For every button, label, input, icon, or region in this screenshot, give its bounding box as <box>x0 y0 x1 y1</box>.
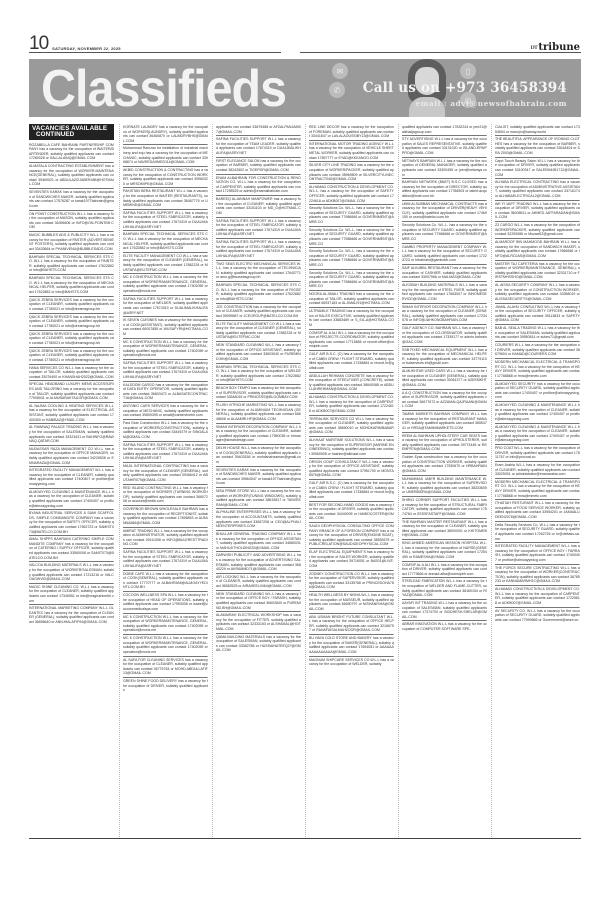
classified-ad: MAJIL INTERNATIONAL CONTRACTING has a va… <box>123 463 208 484</box>
classified-ad: RED ISLAND CONTRACTING W.L.L has a vacan… <box>123 485 208 506</box>
classified-ad: ON POINT CONSTRUCTION W.L.L has a vacanc… <box>29 211 114 232</box>
classified-ad: ALMATALA CONTRACTING ESTABLISHMENT has a… <box>29 163 114 189</box>
classified-ad: MAGIC BUBBLES ADS & PUBLICITY W.L.L has … <box>29 232 114 253</box>
classified-ad: VALCOA BUILDING MATERIALS W.L.L has a va… <box>29 562 114 583</box>
column-divider <box>398 124 399 837</box>
classified-ad: SAFINA FACILITIES SUPPORT W.L.L has a va… <box>216 136 301 157</box>
classified-ad: SAFINA FACILITIES SUPPORT W.L.L has a va… <box>123 360 208 381</box>
classified-ad: Security Solutions Co. W.L.L. has a vaca… <box>309 227 394 248</box>
classified-ad: ABDULLAH REHMAN CONCRETE has a vacancy f… <box>309 373 394 394</box>
call-number: Call us on +973 36458394 <box>363 80 567 96</box>
classified-ad: GOVERNOR BROWN WHOLESALE BAHRAIN has a v… <box>123 506 208 527</box>
classified-ad: MC 6 CONSTRUCTION W.L.L has a vacancy fo… <box>123 614 208 635</box>
classified-ad: UMM ALSUBBAN MECHANICAL CONTRACTS has a … <box>402 201 487 222</box>
classified-ad: SAFINA FACILITIES SUPPORT W.L.L has a va… <box>216 239 301 260</box>
brand-mark: DT <box>530 45 537 51</box>
classified-ad: JCE CONSTRUCTION has a vacancy for the o… <box>216 304 301 321</box>
banner-title: Classifieds <box>41 63 286 115</box>
classified-ad: ABU USMAN BRIGHT FUTURE CONSULTANT W.L.L… <box>309 614 394 635</box>
classified-ad: QUICK ZEBRA SERVICES has a vacancy for t… <box>29 348 114 365</box>
classified-ad: KING AHMED AMERICAN MISSION HOSPITAL W.L… <box>402 540 487 561</box>
classified-ad: MUDASSAR RAZA MANAGEMENT CO W.L.L has a … <box>29 446 114 467</box>
classified-ad: ALHABA ELECTRICAL CONTRACTING has a vaca… <box>495 179 580 200</box>
classified-ad: DOBIE CAFE W.L.L has a vacancy for the o… <box>123 571 208 592</box>
classified-ad: Fast Gear Construction W.L.L has a vacan… <box>123 420 208 441</box>
classified-ad: ALMUKHTAR USED CARS W.L.L has a vacancy … <box>402 368 487 389</box>
classified-ad: applicants can contact 33879488 or AFZAL… <box>216 124 301 136</box>
classified-ad: FIRST ELEGANCE SALON has a vacancy for t… <box>216 158 301 175</box>
classified-ad: ALKHAAT MARITIME SOLUTIONS W.L.L has a v… <box>309 437 394 458</box>
classified-ad: QUICK ZEBRA SERVICES has a vacancy for t… <box>29 331 114 348</box>
classified-ad: TAMIMI MARKETS BAHRAIN COMPANY W.L.L has… <box>402 411 487 432</box>
classified-ad: GULF AIR B.S.C. (C) has a vacancy for th… <box>309 351 394 372</box>
classified-ad: KALSOOM CARGO has a vacancy for the occu… <box>123 382 208 403</box>
classified-ad: SAFINA FACILITIES SUPPORT W.L.L has a va… <box>123 210 208 231</box>
classified-ad: ALPHALINE ENTERPRISES W.L.L has a vacanc… <box>216 509 301 530</box>
classified-ad: PAKISTAN BERA RESTAURANT W.L.L has a vac… <box>123 188 208 209</box>
classified-ad: JAMAL ALAHU CONSULTING W.L.L has a vacan… <box>495 304 580 325</box>
phone-icon: ✆ <box>329 82 345 98</box>
classified-ad: ANTONIO CARS SERVICES has a vacancy for … <box>123 403 208 420</box>
classified-ad: ALHAMAD CONSTRUCTION & DEVELOPMENT CO. W… <box>495 586 580 607</box>
classified-ad: COURIERS W.L.L has a vacancy for the occ… <box>495 342 580 359</box>
column-2: KORNATE LAUNDRY has a vacancy for the oc… <box>123 124 208 694</box>
classified-ad: COMSIP AL A ALI W.L.L has a vacancy for … <box>309 330 394 351</box>
column-divider <box>491 124 492 837</box>
classified-ad: NOORA ALJIMALI TRADING has a vacancy for… <box>309 291 394 308</box>
classified-ad: qualified applicants can contact 1763224… <box>402 124 487 136</box>
classified-ad: SAFINA FACILITIES SUPPORT W.L.L has a va… <box>123 442 208 463</box>
column-3: applicants can contact 33879488 or AFZAL… <box>216 124 301 654</box>
classified-ad: QUICK ZEBRA SERVICES has a vacancy for t… <box>29 297 114 314</box>
column-divider <box>212 124 213 837</box>
column-1: VACANCIES AVAILABLE CONTINUED ROZABELLA … <box>29 124 114 626</box>
classified-ad: PRO COAT W.L.L has a vacancy for the occ… <box>495 445 580 462</box>
classified-ad: NETWAYS BAHRAIN W.L.L has a vacancy for … <box>402 158 487 179</box>
classified-ad: ITHATIAH RESTURANT W.L.L has a vacancy f… <box>495 500 580 521</box>
classified-ad: BAB AL SEALA TRADING W.L.L has a vacancy… <box>495 325 580 342</box>
classified-ad: INTERNATIONAL MARKETING COMPANY W.L.L OL… <box>29 605 114 625</box>
classified-ad: BAHRAIN SPECIAL TECHNICAL SERVICES STS C… <box>29 254 114 275</box>
classified-ad: SHIRIO CORNER SUPPORT FACILITIES W.L.L h… <box>402 497 487 518</box>
classified-ad: ALAMAIRAH ELECTRICAL WORKSHOP has a vaca… <box>216 612 301 633</box>
classified-ad: HANA SERVICES CO W.L.L has a vacancy for… <box>29 365 114 382</box>
classified-ad: THE FORCE SECURE CONTRACTING W.L.L has a… <box>495 565 580 586</box>
classified-ad: GULF AGENCY CO. BAHRAIN W.L.L has a vaca… <box>402 325 487 346</box>
classified-ad: DARWISH PUBLICITY AND ADVERTISING W.L.L … <box>216 552 301 573</box>
classifieds-banner: Classifieds ✉ ✆ ▯ ◎ Call us on +973 3645… <box>29 59 581 117</box>
classified-ad: SAIF ALKUBBL RESTAURANT has a vacancy fo… <box>402 265 487 282</box>
classified-ad: WE YI VAPT TRADING W.L.L has a vacancy f… <box>495 201 580 222</box>
classified-ad: BAREEQ ALJANNAH MANPOWER has a vacancy f… <box>216 196 301 217</box>
classified-ad: ALMOAYYED CLEANING & MAINTENANCE W.L.L h… <box>29 489 114 510</box>
brand-name: tribune <box>538 42 580 53</box>
classified-ad: Security Solutions Co. W.L.L. has a vaca… <box>309 205 394 226</box>
page-header: 10 SATURDAY, NOVEMBER 22, 2025 <box>29 33 280 53</box>
classified-ad: NISA PRIME STORE W.L.L has a vacancy for… <box>216 488 301 509</box>
classified-ad: ELITE FACILITY MANAGEMENT CO W.L.L has a… <box>123 253 208 274</box>
column-divider <box>119 124 120 837</box>
classified-ad: INTEGRATED FACILITY MANAGEMENT W.L.L has… <box>495 543 580 564</box>
classified-ad: ALHAMAD CONSTRUCTION & DEVELOPMENT CO. W… <box>309 394 394 415</box>
classified-ad: ELITE FACILITY MANAGEMENT CO W.L.L has a… <box>216 321 301 342</box>
classified-ad: A A Q CONSTRUCTION has a vacancy for the… <box>402 390 487 411</box>
classified-ad: ALMOAYYED CLEANING & MAINTENANCE W.L.L h… <box>495 402 580 423</box>
classified-ad: AMIRAT TRADING W.L.L has a vacancy for t… <box>123 528 208 549</box>
classified-ad: MASTER TAJ CAFETERIA has a vacancy for t… <box>495 261 580 282</box>
classified-ad: SAFINA FACILITIES SUPPORT W.L.L has a va… <box>123 549 208 570</box>
contact-email: email : advt@newsofbahrain.com <box>415 99 567 108</box>
classified-ad: ORSON GOUP CONSULTANCY W.L.L has a vacan… <box>309 459 394 480</box>
classified-ad: Z3 CARGO W.L.L has a vacancy for the occ… <box>495 222 580 239</box>
classified-ad: IK SEVEN CUISINES has a vacancy for the … <box>123 317 208 338</box>
classified-ad: STY ADVERTISING W.L.L has a vacancy for … <box>402 136 487 157</box>
classified-ad: Capri Touch Beauty Salon W.L.L has a vac… <box>495 158 580 179</box>
classified-ad: COMSIP AL A ALI W.L.L has a vacancy for … <box>402 562 487 579</box>
classified-ad: TERRALINK SERVICES CO W.L.L has a vacanc… <box>309 416 394 437</box>
classified-ad: THE BAHRAIN MASTER RESTAURANT W.L.L has … <box>402 519 487 540</box>
classified-ad: BAHRAIN SPECIAL TECHNICAL SERVICES STS C… <box>29 275 114 296</box>
section-heading: VACANCIES AVAILABLE CONTINUED <box>29 124 114 140</box>
section-subtitle: CONTINUED <box>32 132 111 138</box>
classified-ad: Golden Eyas construction has a vacancy f… <box>402 454 487 475</box>
classified-ad: NEW STANDARD CLEANING W.L.L has a vacanc… <box>216 591 301 612</box>
classified-ad: AV SECURITY CO. W.L.L has a vacancy for … <box>495 608 580 624</box>
classified-ad: BEST FOR SECOND-HAND GOODS has a vacancy… <box>309 502 394 523</box>
classified-ad: ENAM ALBAHRAIN FOR CONSTRUCTION & RENOVA… <box>216 175 301 196</box>
classified-ad: STEELEAD FABRICATION W.L.L has a vacancy… <box>402 578 487 599</box>
classifieds-columns: VACANCIES AVAILABLE CONTINUED ROZABELLA … <box>29 124 581 854</box>
classified-ad: Security Solutions Co. W.L.L. has a vaca… <box>309 248 394 269</box>
classified-ad: Security Solutions Co. W.L.L. has a vaca… <box>309 270 394 291</box>
classified-ad: GAMBO PROPERTY MANAGEMENT COMPANY W.L.L … <box>402 244 487 265</box>
classified-ad: DELHI HOUSE W.L.L has a vacancy for the … <box>216 445 301 466</box>
classified-ad: QAMA BUILDING MATERIALS has a vacancy fo… <box>216 634 301 654</box>
classified-ad: SAFINA FACILITIES SUPPORT W.L.L has a va… <box>123 296 208 317</box>
classified-ad: BAHRAIN SPECIAL TECHNICAL SERVICES STS C… <box>123 231 208 252</box>
classified-ad: Eram Arabia W.L.L has a vacancy for the … <box>495 462 580 479</box>
classified-ad: GREEN SHINE FOOD DELIVERY has a vacancy … <box>123 678 208 694</box>
classified-ad: ELAF ELECTRICAL EQUIPMENT'S has a vacanc… <box>309 549 394 570</box>
classified-ad: SAFINA FACILITIES SUPPORT W.L.L has a va… <box>216 218 301 239</box>
classified-ad: MUHAMMAD UMER BUILDING MAINTENANCE W.L.L… <box>402 476 487 497</box>
classified-ad: AL NAJMA COOLING & HEATING SERVICES W.L.… <box>29 403 114 424</box>
classified-ad: SPECIAL HEADBAND LUXURY MENS ACCESSORIES… <box>29 381 114 402</box>
classified-ad: MC 6 CONSTRUCTION W.L.L has a vacancy fo… <box>123 635 208 656</box>
classified-ad: SAUDI GEOPHYSICAL CONSULTING OFFICE COMP… <box>309 523 394 549</box>
classified-ad: Security Solutions Co. W.L.L. has a vaca… <box>402 222 487 243</box>
classified-ad: AAYAFI INT TRADING W.L.L has a vacancy f… <box>402 600 487 621</box>
classified-ad: BHULLAR GENERAL TRADING COMPANY W.L.L ha… <box>216 531 301 552</box>
classified-ad: HEALTH WELLNESS BY NISHA W.L.L has a vac… <box>309 592 394 613</box>
classified-ad: BAHRAIN SPECIAL TECHNICAL SERVICES STS C… <box>216 282 301 303</box>
classified-ad: SIMAH INTERIOR DECORATION COMPANY W.L.L … <box>402 304 487 325</box>
classified-ad: AKBID CONSTRUCTION & CONTRACTING has a v… <box>123 167 208 188</box>
classified-ad: ALMOAYYED SECURITY has a vacancy for the… <box>495 381 580 402</box>
classified-ad: COCOON WELLNESS SPA W.L.L has a vacancy … <box>123 592 208 613</box>
classified-ad: SILVER CITY LINE TRADING has a vacancy f… <box>309 162 394 183</box>
classified-ad: ALKOBAH BUILDING MATERIALS W.L.L has a v… <box>402 282 487 303</box>
brand-logo: DT tribune <box>530 42 580 53</box>
classified-ad: MC 6 CONSTRUCTION W.L.L has a vacancy fo… <box>123 339 208 360</box>
classified-ad: GULF AIR B.S.C. (C) has a vacancy for th… <box>309 480 394 501</box>
classified-ad: Delta Security Services Co. W.L.L has a … <box>495 522 580 543</box>
classified-ad: ABRAR INNOVATION W.L.L has a vacancy for… <box>402 621 487 632</box>
classified-ad: MODERN MECHANICAL ELECTRICAL & TRANSPORT… <box>495 479 580 500</box>
classified-ad: BAHRAIN NETWORK (BNET) B.S.C CLOSED has … <box>402 179 487 200</box>
header-rule <box>29 52 281 53</box>
classified-ad: SEVENTIES KARAK has a vacancy for the oc… <box>216 467 301 488</box>
classified-ad: INTERNATIONAL MOTOR TRADING AGENCY W.L.L… <box>309 141 394 162</box>
classified-ad: ULTRAMILE TRADING has a vacancy for the … <box>309 308 394 329</box>
classified-ad: INTEGRATED FACILITY MANAGEMENT W.L.L has… <box>29 467 114 488</box>
classified-ad: ZODNEY CONSTRUCTION CO W.L.L has a vacan… <box>309 571 394 592</box>
email-icon: ✉ <box>332 63 348 79</box>
classified-ad: KORNATE LAUNDRY has a vacancy for the oc… <box>123 124 208 145</box>
column-6: CIALIST, suitably qualified applicants c… <box>495 124 580 624</box>
page-number: 10 <box>29 35 48 53</box>
classified-ad: TWO SEAS ELECTRO MECHANICAL SERVICES W.L… <box>216 261 301 282</box>
classified-ad: NEW STANDARD CLEANING W.L.L has a vacanc… <box>216 342 301 363</box>
classified-ad: RED LINE DECOR has a vacancy for the occ… <box>309 124 394 141</box>
classified-ad: BAHRAIN SPECIAL TECHNICAL SERVICES STS C… <box>216 364 301 385</box>
classified-ad: ROZABELLA CAFE BAHRAINI PARTNERSHIP COMP… <box>29 142 114 163</box>
classified-ad: BEACH BOX TEMPO has a vacancy for the oc… <box>216 385 301 402</box>
classified-ad: BYANA INDUSTRIAL SERVICES & SAMI SCAFFOL… <box>29 510 114 536</box>
classified-ad: THE BEAUTIFUL APPEARANCE OF IRONING CLOT… <box>495 136 580 157</box>
classified-ad: AMAL SHIPPS BAHRAINI CATERING SIMPLE COM… <box>29 536 114 562</box>
classified-ad: Muhammad Ramzan for installation of indu… <box>123 145 208 166</box>
classified-ad: MC 6 CONSTRUCTION W.L.L has a vacancy fo… <box>123 274 208 295</box>
classified-ad: AL RAWNAQ PALACE TRADING W.L.L has a vac… <box>29 424 114 445</box>
page-date: SATURDAY, NOVEMBER 22, 2025 <box>52 46 121 51</box>
classified-ad: QUICK ZEBRA SERVICES has a vacancy for t… <box>29 314 114 331</box>
classified-ad: ALHAMAD CONSTRUCTION & DEVELOPMENT CO. W… <box>309 184 394 205</box>
column-4: RED LINE DECOR has a vacancy for the occ… <box>309 124 394 668</box>
classified-ad: AL SAFA FOR CLEANING SERVICES has a vaca… <box>123 657 208 678</box>
classified-ad: BU HAYA COLD STORE AND BAKERY has a vaca… <box>309 635 394 656</box>
classified-ad: SEVENTIES KARAK has a vacancy for the oc… <box>29 189 114 210</box>
column-divider <box>305 124 306 837</box>
column-5: qualified applicants can contact 1763224… <box>402 124 487 633</box>
classified-ad: ALMAROOF BIN MAHMOOD BAHRAIN W.L.L has a… <box>495 239 580 260</box>
bottom-rule <box>29 838 581 839</box>
classified-ad: AIR LOCKING W.L.L has a vacancy for the … <box>216 574 301 591</box>
classified-ad: PLUSH VITRICHE MARKETING W.L.L has a vac… <box>216 402 301 423</box>
mobile-icon: ▯ <box>460 63 476 79</box>
classified-ad: ALMOAYYED CLEANING & MAINTENANCE W.L.L h… <box>495 424 580 445</box>
classified-ad: MODERN MECHANICAL ELECTRICAL & TRANSPORT… <box>495 359 580 380</box>
classified-ad: REEM AL BAHRAIN UPHOLSTERY CAR SEATS has… <box>402 433 487 454</box>
classified-ad: MAGIC SHINE CLEANING CO. W.L.L has a vac… <box>29 584 114 605</box>
classified-ad: SSB FIXED MECHANICAL EQUIPMENT W.L.L has… <box>402 347 487 368</box>
classified-ad: MAGNUM SHIPCARE SERVICES CO W.L.L has a … <box>309 657 394 668</box>
classified-ad: AL AISSA SECURITY COMPANY W.L.L has a va… <box>495 282 580 303</box>
classified-ad: CIALIST, suitably qualified applicants c… <box>495 124 580 136</box>
classified-ad: SIMAH INTERIOR DECORATION COMPANY W.L.L … <box>216 424 301 445</box>
